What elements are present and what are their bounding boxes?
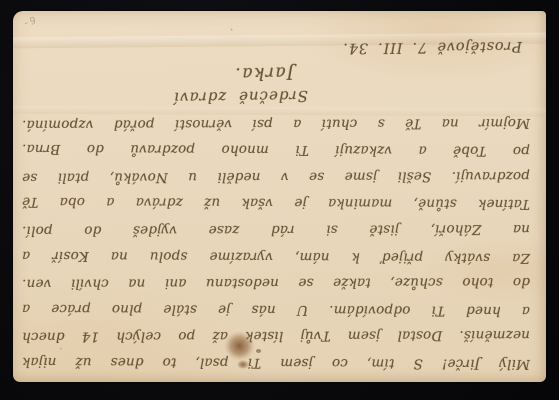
- handwriting-line: a hned Ti odpovídám. U nás je stále plno…: [22, 295, 530, 324]
- handwriting-line: do toho schůze, takže se nedostanu ani n…: [22, 269, 530, 297]
- handwritten-message-upside-down: Milý Jirče! S tím, co jsem Ti psal, to d…: [13, 11, 546, 382]
- handwriting-line: Milý Jirče! S tím, co jsem Ti psal, to d…: [22, 348, 530, 377]
- handwriting-line: Za svátky přijeď k nám, vyrazíme spolu n…: [22, 242, 530, 271]
- postcard-paper: -9 Milý Jirče! S tím, co jsem Ti psal, t…: [13, 11, 546, 382]
- ink-speck: [256, 349, 261, 353]
- handwriting-line: na Záhoří, jistě si rád zase vyjdeš do p…: [22, 216, 530, 244]
- scanned-postcard: -9 Milý Jirče! S tím, co jsem Ti psal, t…: [0, 0, 559, 400]
- handwriting-line: Mojmír na Tě s chutí a psí věrností pořá…: [22, 109, 530, 137]
- closing-line: Srdečně zdraví: [173, 87, 308, 107]
- handwriting-line: pozdravují. Sešli jsme se v neděli u Nov…: [22, 162, 530, 190]
- handwriting-line: nezměníš. Dostal jsem Tvůj lístek až po …: [22, 322, 530, 350]
- place-date-line: Prostějově 7. III. 34.: [343, 38, 523, 56]
- handwriting-body: Milý Jirče! S tím, co jsem Ti psal, to d…: [22, 110, 530, 376]
- handwriting-line: Tatínek stůně, maminka je však už zdráva…: [22, 189, 530, 218]
- signature: Jarka.: [234, 62, 294, 83]
- handwriting-line: po Tobě a vzkazují Ti mnoho pozdravů do …: [22, 136, 530, 165]
